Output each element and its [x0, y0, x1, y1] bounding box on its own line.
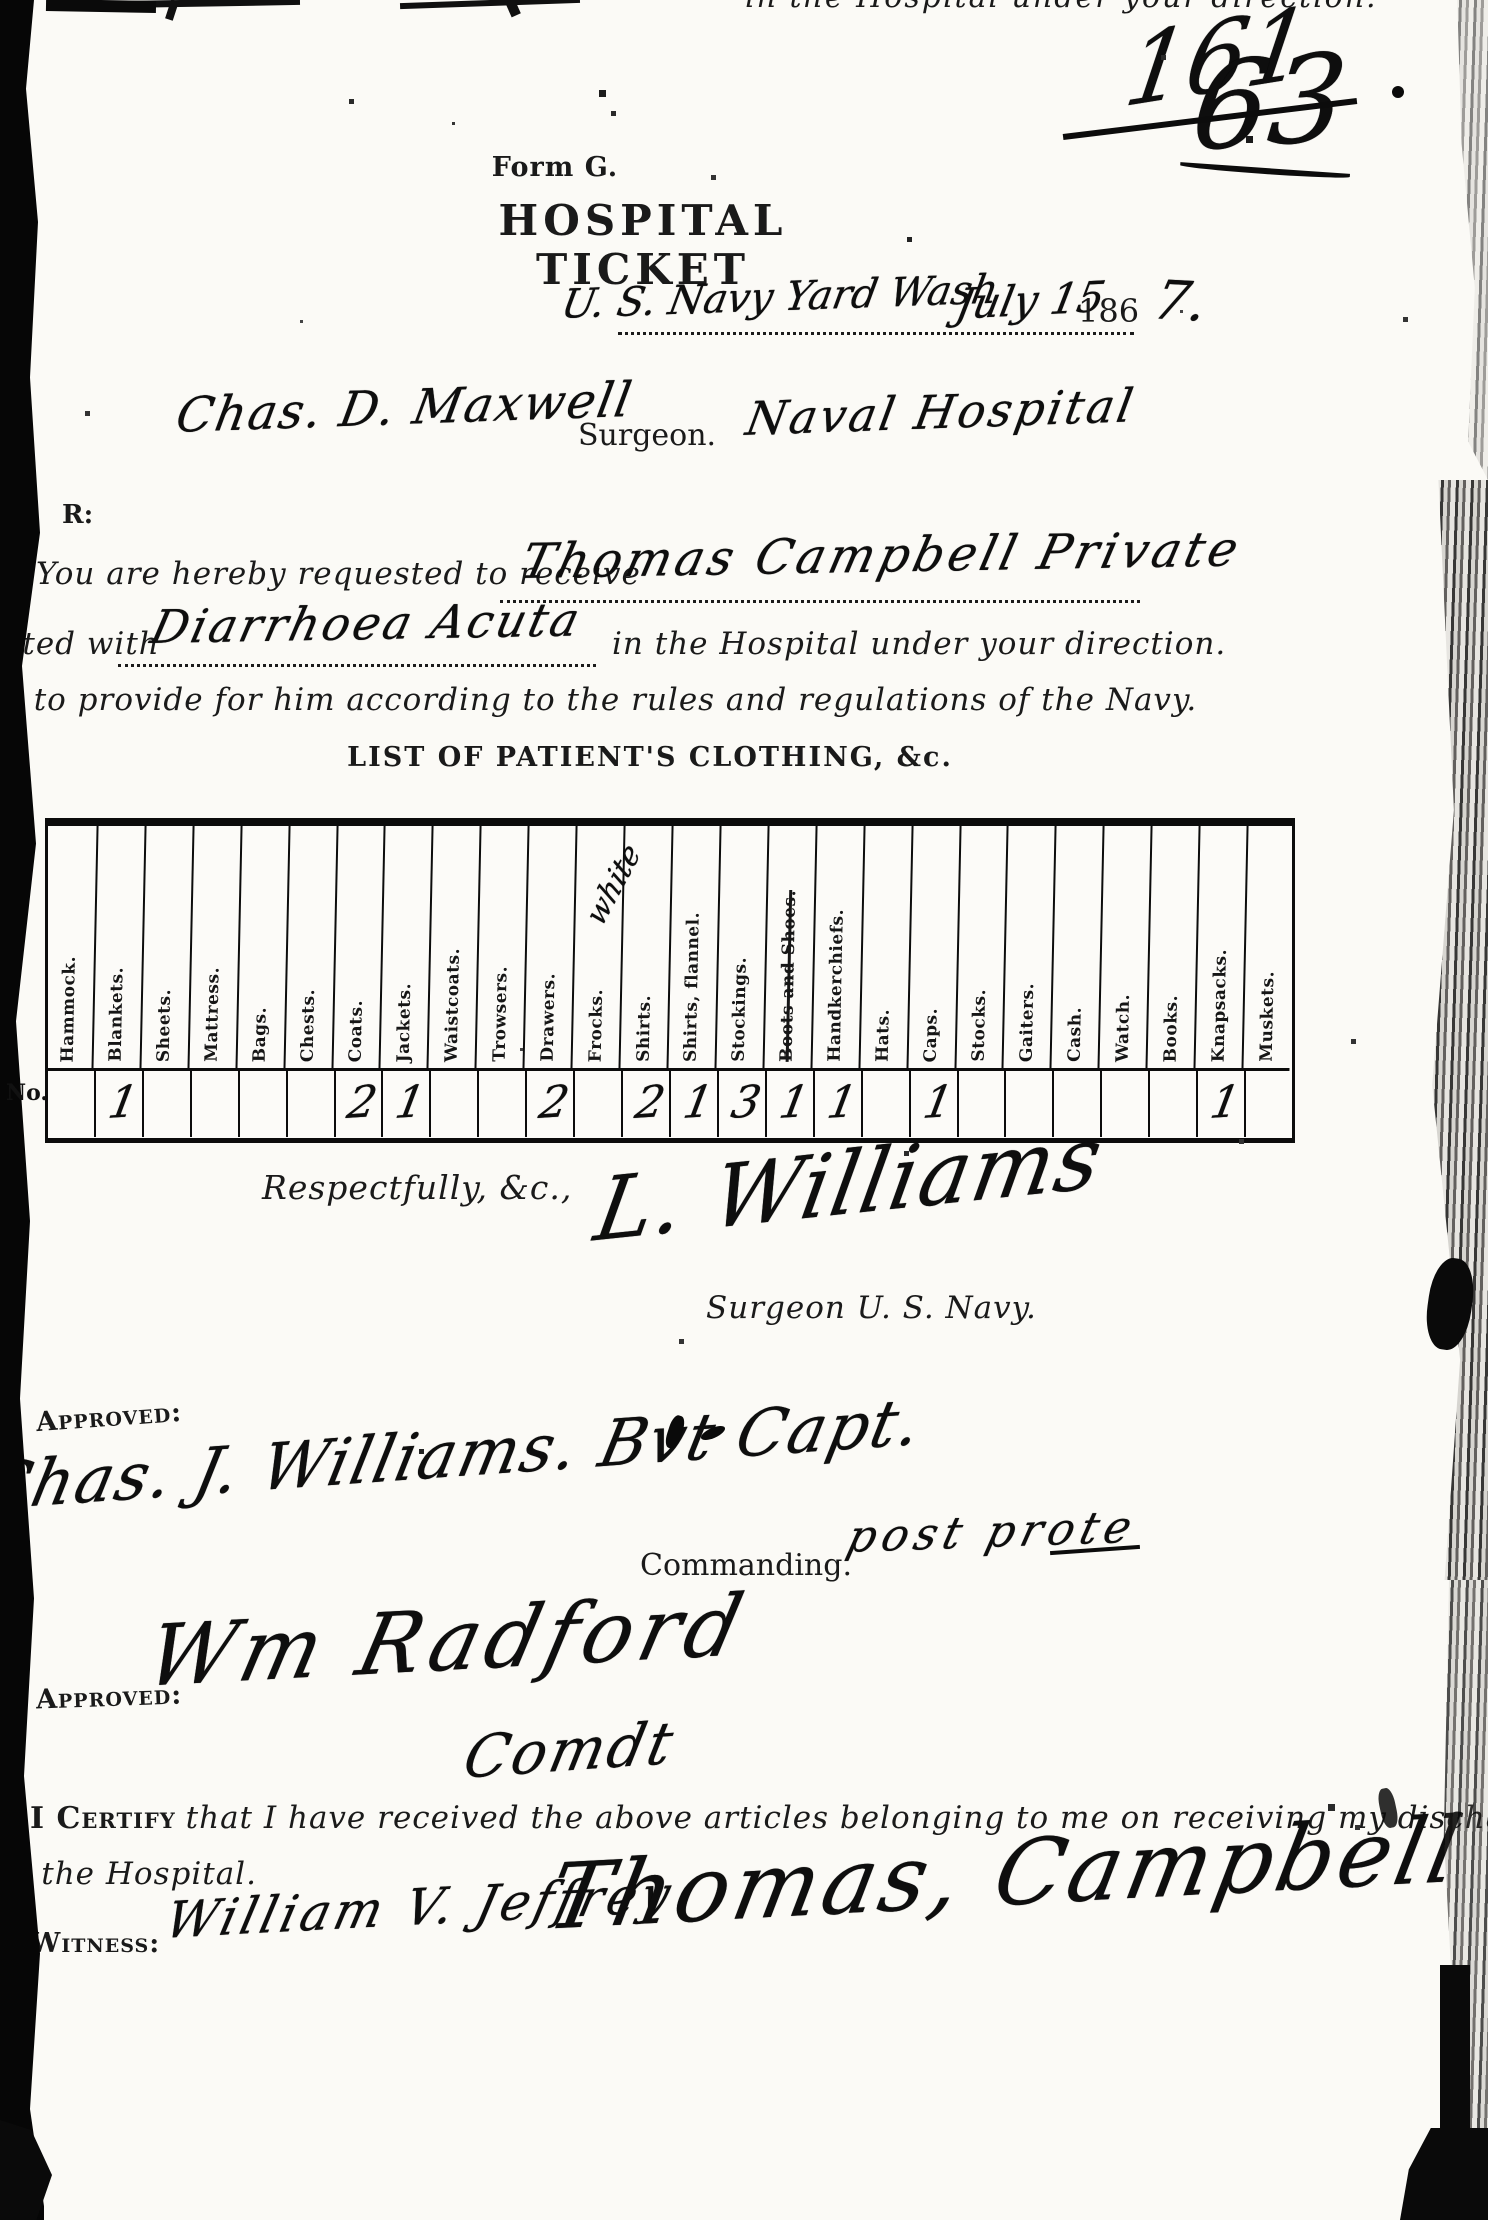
clothing-column-header: Chests.: [285, 826, 338, 1068]
clothing-column-value: 1: [767, 1071, 815, 1137]
scan-right-streaks-upper: [1444, 0, 1488, 480]
clothing-column-value: 3: [719, 1071, 767, 1137]
condition-line-suffix: in the Hospital under your direction.: [612, 626, 1226, 662]
approval-1-note: post prote: [842, 1501, 1143, 1563]
clothing-column-header: Gaiters.: [1004, 826, 1057, 1068]
clothing-column-value: [1102, 1071, 1150, 1137]
clothing-row-label: No.: [6, 1080, 48, 1106]
clothing-column-header: Waistcoats.: [429, 826, 482, 1068]
clothing-header-row: Hammock.Blankets.Sheets.Mattress.Bags.Ch…: [45, 826, 1294, 1071]
clothing-column-header: Shirts, flannel.: [668, 826, 721, 1068]
clothing-column-value: [144, 1071, 192, 1137]
prev-page-ink-stroke: [400, 0, 580, 9]
addressee-station: Naval Hospital: [742, 378, 1140, 446]
clothing-column-header: Mattress.: [189, 826, 242, 1068]
clothing-column-header: Sheets.: [141, 826, 194, 1068]
clothing-column-value: 2: [623, 1071, 671, 1137]
clothing-column-header: Cash.: [1052, 826, 1105, 1068]
patient-name-handwritten: Thomas Campbell Private: [516, 521, 1247, 590]
clothing-column-value: [240, 1071, 288, 1137]
scan-right-mark: [1392, 86, 1404, 98]
clothing-column-value: [479, 1071, 527, 1137]
clothing-column-header: Bags.: [237, 826, 290, 1068]
clothing-column-header: Caps.: [908, 826, 961, 1068]
request-line-rule: [500, 600, 1140, 603]
condition-handwritten: Diarrhoea Acuta: [146, 592, 588, 654]
clothing-column-header: Hammock.: [45, 826, 98, 1068]
certification-line2: m the Hospital.: [0, 1856, 257, 1892]
clothing-column-value: 2: [527, 1071, 575, 1137]
clothing-column-value: 1: [815, 1071, 863, 1137]
hospital-ticket-scan: in the Hospital under your direction. 16…: [0, 0, 1488, 2220]
clothing-column-header: Trowsers.: [477, 826, 530, 1068]
certify-prefix: I Certify: [30, 1801, 176, 1836]
scan-bottom-right-corner: [1400, 2128, 1488, 2220]
salutation: R:: [62, 500, 93, 530]
clothing-column-value: [863, 1071, 911, 1137]
clothing-column-header: Drawers.: [525, 826, 578, 1068]
dateline-rule: [618, 332, 1134, 335]
scan-right-streaks-middle: [1426, 480, 1488, 1580]
dateline-printed-year: 186: [1078, 292, 1139, 330]
condition-line-prefix: cted with: [4, 626, 160, 662]
addressee-role: Surgeon.: [578, 418, 716, 453]
clothing-column-value: [288, 1071, 336, 1137]
clothing-column-header: Handkerchiefs.: [812, 826, 865, 1068]
clothing-column-header: Stockings.: [716, 826, 769, 1068]
clothing-column-value: [48, 1071, 96, 1137]
clothing-column-header: Coats.: [333, 826, 386, 1068]
condition-line-rule: [118, 664, 596, 667]
clothing-column-header: Hats.: [860, 826, 913, 1068]
scan-top-left-smudge: [46, 0, 156, 13]
witness-label: Witness:: [30, 1928, 160, 1959]
commandant-signature: Wm Radford: [138, 1575, 757, 1706]
commandant-title: Comdt: [458, 1708, 682, 1792]
provide-line: d to provide for him according to the ru…: [2, 682, 1197, 718]
clothing-column-header: Muskets.: [1244, 826, 1295, 1068]
dateline-year-digit: 7.: [1148, 269, 1214, 334]
clothing-list-title: LIST OF PATIENT'S CLOTHING, &c.: [320, 742, 980, 773]
clothing-column-value: [431, 1071, 479, 1137]
clothing-column-value: [1246, 1071, 1292, 1137]
clothing-table: Hammock.Blankets.Sheets.Mattress.Bags.Ch…: [45, 818, 1295, 1143]
clothing-column-header: Books.: [1148, 826, 1201, 1068]
approved-label-1: Approved:: [35, 1397, 183, 1438]
addressee-name: Chas. D. Maxwell: [172, 372, 637, 444]
clothing-column-value: 1: [671, 1071, 719, 1137]
clothing-column-header: Boots and Shoes.: [764, 826, 817, 1068]
clothing-column-value: 1: [383, 1071, 431, 1137]
clothing-column-header: Watch.: [1100, 826, 1153, 1068]
clothing-column-value: [192, 1071, 240, 1137]
clothing-column-header: Jackets.: [381, 826, 434, 1068]
clothing-column-header: Knapsacks.: [1196, 826, 1249, 1068]
clothing-column-value: [1150, 1071, 1198, 1137]
form-label: Form G.: [455, 152, 655, 183]
clothing-column-header: Stocks.: [956, 826, 1009, 1068]
clothing-column-value: 1: [96, 1071, 144, 1137]
respectfully-line: Respectfully, &c.,: [262, 1168, 572, 1207]
clothing-column-value: 1: [1198, 1071, 1246, 1137]
clothing-column-value: 2: [336, 1071, 384, 1137]
clothing-column-header: Blankets.: [93, 826, 146, 1068]
surgeon-title: Surgeon U. S. Navy.: [706, 1290, 1037, 1326]
clothing-column-value: [575, 1071, 623, 1137]
scan-bottom-left-smudge: [0, 2120, 52, 2220]
